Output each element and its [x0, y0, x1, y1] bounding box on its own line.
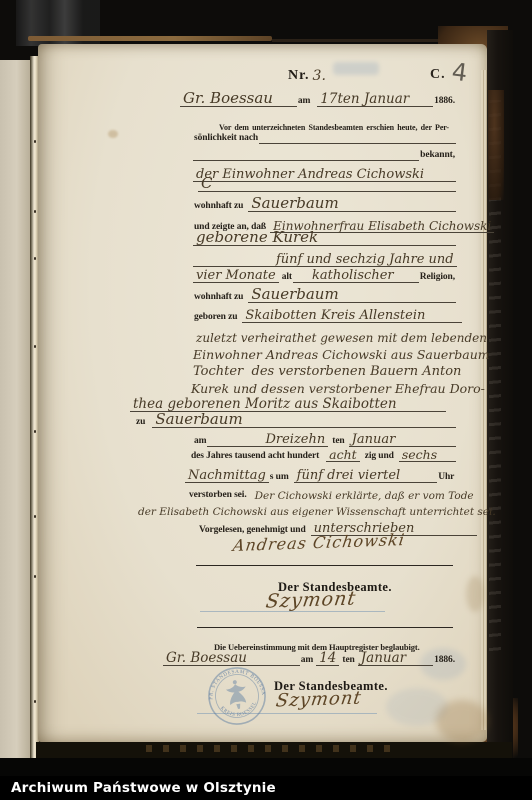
handwritten-text: 17ten Januar	[317, 93, 412, 108]
blank-underline	[246, 411, 456, 428]
printed-text: s um	[269, 472, 290, 483]
printed-text: 1886.	[433, 96, 456, 107]
line-place-date: Gr. Boessauam17ten Januar1886.	[180, 91, 456, 107]
facing-page-edge	[0, 60, 30, 766]
stitch-dot	[34, 140, 36, 143]
line-age-2: vier MonatealtkatholischerReligion,	[193, 267, 456, 283]
printed-text: wohnhaft zu	[193, 201, 244, 212]
printed-text: am	[297, 96, 311, 107]
line-signature-registrar-1: Szymont	[266, 595, 356, 611]
line-death-time: Nachmittags umfünf drei viertelUhr	[185, 467, 456, 483]
printed-text: zu	[135, 417, 146, 428]
blank-underline	[321, 229, 456, 246]
line-blank-stroke: C	[198, 176, 456, 192]
separator-rule-1	[196, 565, 453, 566]
blank-underline	[412, 90, 433, 107]
handwritten-text: Tochter des verstorbenen Bauern Anton	[190, 365, 464, 378]
handwritten-text: Januar	[349, 433, 399, 447]
printed-text: zig und	[364, 451, 395, 462]
printed-text: bekannt,	[419, 150, 456, 161]
handwritten-text: Januar	[358, 652, 409, 667]
paper-stain	[466, 576, 484, 612]
printed-text: des Jahres tausend acht hundert	[190, 451, 320, 462]
archive-watermark-label: Archiwum Państwowe w Olsztynie	[11, 776, 276, 800]
handwritten-text: Dreizehn	[262, 433, 328, 447]
signature-text: Szymont	[264, 587, 357, 612]
line-signature-registrar-2: Szymont	[276, 694, 362, 710]
blank-underline	[397, 266, 419, 283]
line-death-date: amDreizehntenJanuar	[193, 431, 456, 447]
book-cover-right-edge	[487, 30, 513, 760]
line-known: bekannt,	[193, 145, 456, 161]
line-residence-1: wohnhaft zuSauerbaum	[193, 196, 456, 212]
handwritten-text: Sauerbaum	[152, 412, 245, 428]
blank-underline	[428, 306, 462, 323]
blank-underline	[193, 250, 273, 267]
stitch-dot	[34, 575, 36, 578]
blank-underline	[259, 127, 456, 144]
handwritten-text: Der Cichowski erklärte, daß er vom Tode	[252, 491, 477, 502]
record-number: Nr. 3.	[288, 66, 326, 84]
printed-text: 1886.	[433, 655, 456, 666]
handwritten-text: katholischer	[309, 269, 397, 283]
paper-stain	[108, 130, 118, 138]
line-signature-declarant: Andreas Cichowski	[233, 536, 405, 552]
line-certification-date: Gr. Boessauam14tenJanuar1886.	[163, 650, 456, 666]
prussian-eagle-icon	[225, 679, 249, 711]
blank-underline	[342, 195, 456, 212]
stitch-dot	[34, 515, 36, 518]
separator-rule-2	[197, 627, 453, 628]
printed-text: Uhr	[437, 472, 455, 483]
handwritten-text: Kurek und dessen verstorbener Ehefrau Do…	[188, 383, 488, 396]
handwritten-text: C	[198, 176, 215, 192]
blank-underline	[409, 649, 433, 666]
archive-watermark-bar: Archiwum Państwowe w Olsztynie	[0, 776, 532, 800]
line-nee: geborene Kurek	[193, 230, 456, 246]
stitch-dot	[34, 210, 36, 213]
blank-underline	[417, 519, 477, 536]
printed-text: wohnhaft zu	[193, 292, 244, 303]
printed-text: verstorben sei.	[188, 490, 248, 501]
handwritten-text: fünf drei viertel	[294, 469, 404, 483]
handwritten-text: Sauerbaum	[248, 287, 341, 303]
handwritten-text: acht	[326, 449, 360, 463]
paper-stain	[436, 700, 488, 742]
ink-bleed-ghost	[333, 62, 379, 75]
line-death-place: zuSauerbaum	[135, 412, 456, 428]
stitch-dot	[34, 257, 36, 260]
handwritten-text: Sauerbaum	[248, 196, 341, 212]
cover-worn-patch	[488, 90, 504, 200]
blank-underline	[276, 90, 297, 107]
blank-underline	[403, 466, 437, 483]
stitch-dot	[34, 345, 36, 348]
line-parents-1: Tochter des verstorbenen Bauern Anton	[190, 362, 456, 378]
official-seal-stamp: K. PR. STANDESAMT BOESSAU KREIS ROESSEL	[200, 659, 273, 732]
folio-corner-mark: C. 4	[430, 56, 467, 86]
handwritten-text: sechs	[399, 449, 440, 463]
handwritten-text: zuletzt verheirathet gewesen mit dem leb…	[193, 332, 490, 344]
blank-underline	[440, 445, 456, 462]
archival-scan: Nr. 3. C. 4 Gr. Boessauam17ten Januar188…	[0, 0, 532, 800]
blank-underline	[293, 266, 309, 283]
record-number-label: Nr.	[288, 68, 310, 84]
line-printed-intro-2: sönlichkeit nach	[193, 128, 456, 144]
register-content: Nr. 3. C. 4 Gr. Boessauam17ten Januar188…	[38, 0, 487, 800]
printed-text: sönlichkeit nach	[193, 133, 259, 144]
line-declaration-2: der Elisabeth Cichowski aus eigener Wiss…	[135, 501, 456, 517]
stitch-dot	[34, 700, 36, 703]
line-marital-1: zuletzt verheirathet gewesen mit dem leb…	[193, 328, 456, 344]
handwritten-text: Skaibotten Kreis Allenstein	[242, 309, 428, 323]
printed-text: am	[300, 655, 314, 666]
line-residence-2: wohnhaft zuSauerbaum	[193, 287, 456, 303]
blank-underline	[342, 286, 456, 303]
handwritten-text: Gr. Boessau	[180, 91, 276, 107]
handwritten-text: geborene Kurek	[193, 230, 321, 246]
signature-text: Szymont	[275, 687, 364, 711]
blank-underline	[400, 395, 446, 412]
line-birthplace: geboren zuSkaibotten Kreis Allenstein	[193, 307, 456, 323]
line-marital-2: Einwohner Andreas Cichowski aus Sauerbau…	[190, 345, 456, 361]
folio-letter: C.	[430, 67, 446, 86]
handwritten-text: der Elisabeth Cichowski aus eigener Wiss…	[135, 507, 499, 518]
line-age-1: fünf und sechzig Jahre und	[193, 251, 456, 267]
line-parents-2: Kurek und dessen verstorbener Ehefrau Do…	[188, 379, 456, 395]
printed-text: alt	[281, 272, 293, 283]
blank-underline	[193, 144, 419, 161]
faint-rule-1	[200, 611, 385, 612]
handwritten-text: fünf und sechzig Jahre und	[273, 253, 457, 267]
record-number-value: 3.	[310, 68, 326, 84]
printed-text: geboren zu	[193, 312, 238, 323]
handwritten-text: vier Monate	[193, 269, 279, 283]
printed-text: Religion,	[419, 272, 456, 283]
blank-underline	[215, 175, 456, 192]
handwritten-text: Einwohner Andreas Cichowski aus Sauerbau…	[190, 349, 493, 362]
penciled-page-number: 4	[444, 57, 469, 87]
line-death-year: des Jahres tausend acht hundertachtzig u…	[190, 446, 456, 462]
handwritten-text: 14	[316, 652, 339, 667]
stitch-dot	[34, 430, 36, 433]
handwritten-text: Nachmittag	[185, 469, 269, 483]
blank-underline	[207, 430, 262, 447]
printed-text: ten	[341, 655, 355, 666]
line-declaration-1: verstorben sei.Der Cichowski erklärte, d…	[188, 485, 456, 501]
